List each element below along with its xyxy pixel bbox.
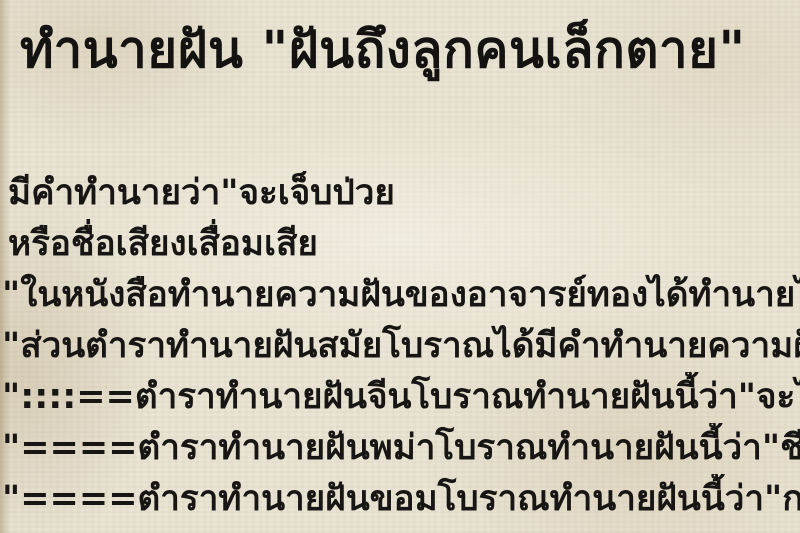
dream-interpretation-page: ทำนายฝัน "ฝันถึงลูกคนเล็กตาย" มีคำทำนายว…	[0, 0, 800, 533]
prediction-line-6: "====ตำราทำนายฝันพม่าโบราณทำนายฝันนี้ว่า…	[0, 423, 800, 474]
prediction-line-2: หรือชื่อเสียงเสื่อมเสีย	[0, 219, 800, 270]
prediction-text-block: มีคำทำนายว่า"จะเจ็บป่วย หรือชื่อเสียงเสื…	[0, 168, 800, 525]
prediction-line-1: มีคำทำนายว่า"จะเจ็บป่วย	[0, 168, 800, 219]
prediction-line-7: "====ตำราทำนายฝันขอมโบราณทำนายฝันนี้ว่า"…	[0, 474, 800, 525]
page-title: ทำนายฝัน "ฝันถึงลูกคนเล็กตาย"	[20, 18, 746, 84]
prediction-line-5: "::::==ตำราทำนายฝันจีนโบราณทำนายฝันนี้ว่…	[0, 372, 800, 423]
prediction-line-3: "ในหนังสือทำนายความฝันของอาจารย์ทองได้ทำ…	[0, 270, 800, 321]
prediction-line-4: "ส่วนตำราทำนายฝันสมัยโบราณได้มีคำทำนายคว…	[0, 321, 800, 372]
